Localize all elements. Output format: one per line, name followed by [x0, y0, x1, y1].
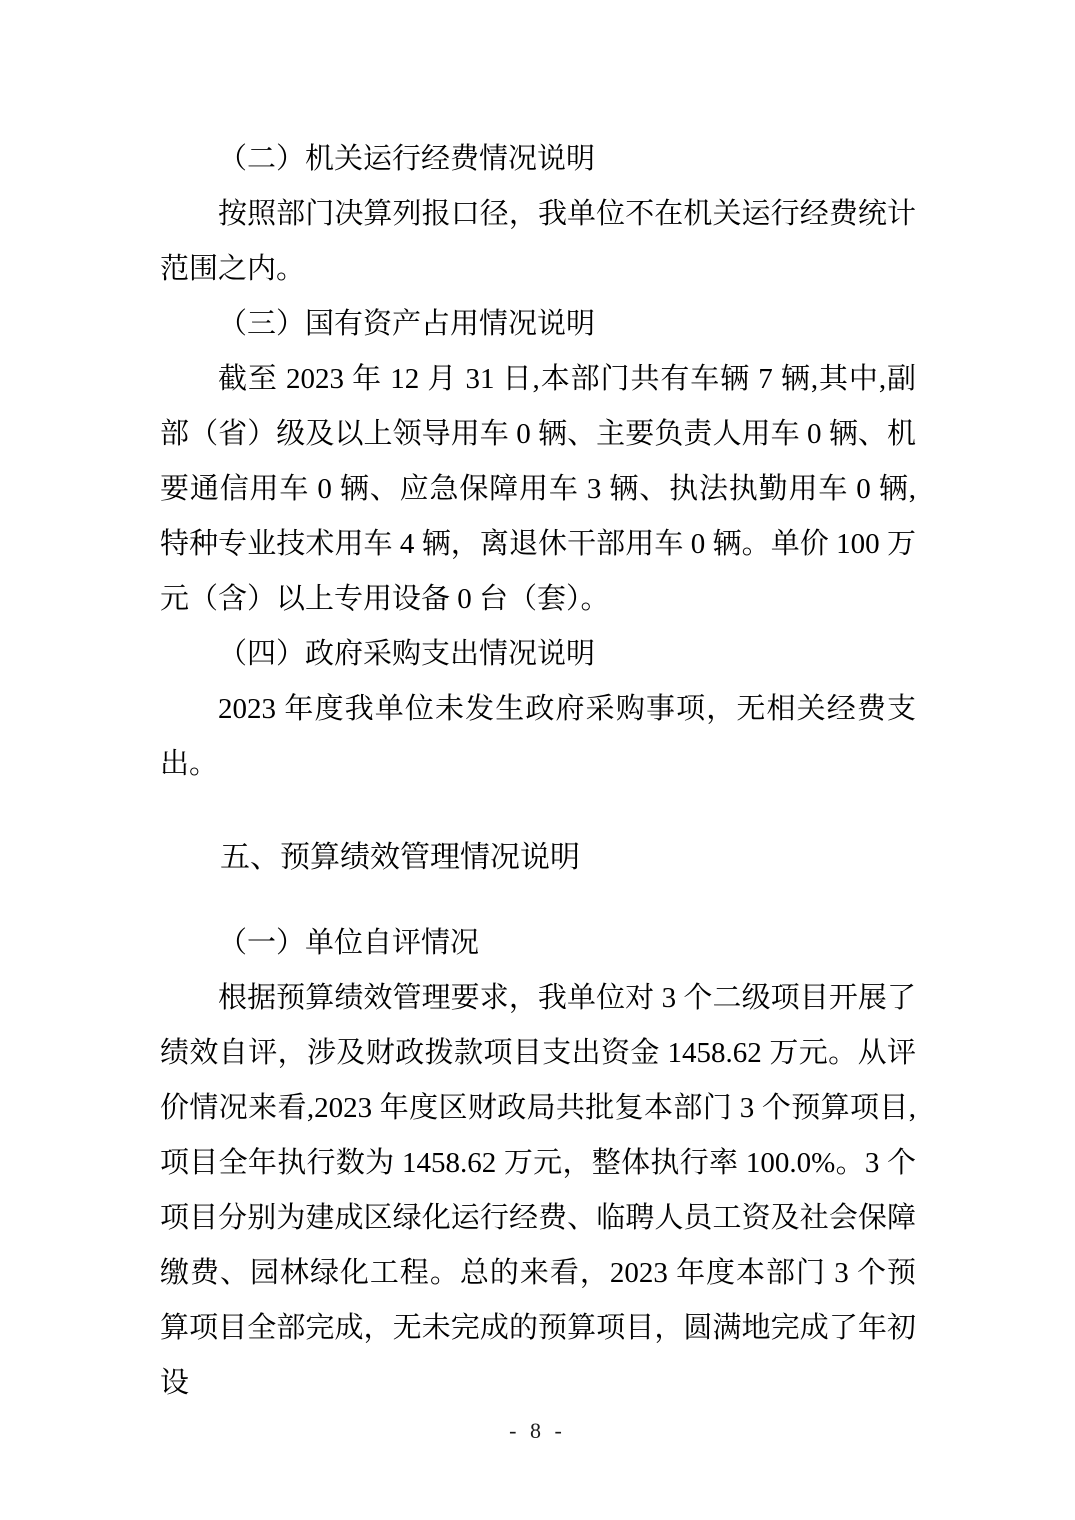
section-heading-agency-operating-funds: （二）机关运行经费情况说明 [160, 132, 916, 187]
paragraph-government-procurement: 2023 年度我单位未发生政府采购事项，无相关经费支出。 [160, 682, 916, 792]
page-content: （二）机关运行经费情况说明 按照部门决算列报口径，我单位不在机关运行经费统计范围… [160, 132, 916, 1411]
section-heading-state-assets: （三）国有资产占用情况说明 [160, 297, 916, 352]
paragraph-agency-operating-funds: 按照部门决算列报口径，我单位不在机关运行经费统计范围之内。 [160, 187, 916, 297]
paragraph-state-assets: 截至 2023 年 12 月 31 日,本部门共有车辆 7 辆,其中,副部（省）… [160, 352, 916, 627]
document-page: （二）机关运行经费情况说明 按照部门决算列报口径，我单位不在机关运行经费统计范围… [0, 0, 1075, 1520]
page-number: - 8 - [0, 1418, 1075, 1444]
chapter-heading-budget-performance: 五、预算绩效管理情况说明 [160, 830, 916, 885]
paragraph-self-evaluation: 根据预算绩效管理要求，我单位对 3 个二级项目开展了绩效自评，涉及财政拨款项目支… [160, 971, 916, 1411]
section-heading-government-procurement: （四）政府采购支出情况说明 [160, 627, 916, 682]
section-heading-self-evaluation: （一）单位自评情况 [160, 916, 916, 971]
